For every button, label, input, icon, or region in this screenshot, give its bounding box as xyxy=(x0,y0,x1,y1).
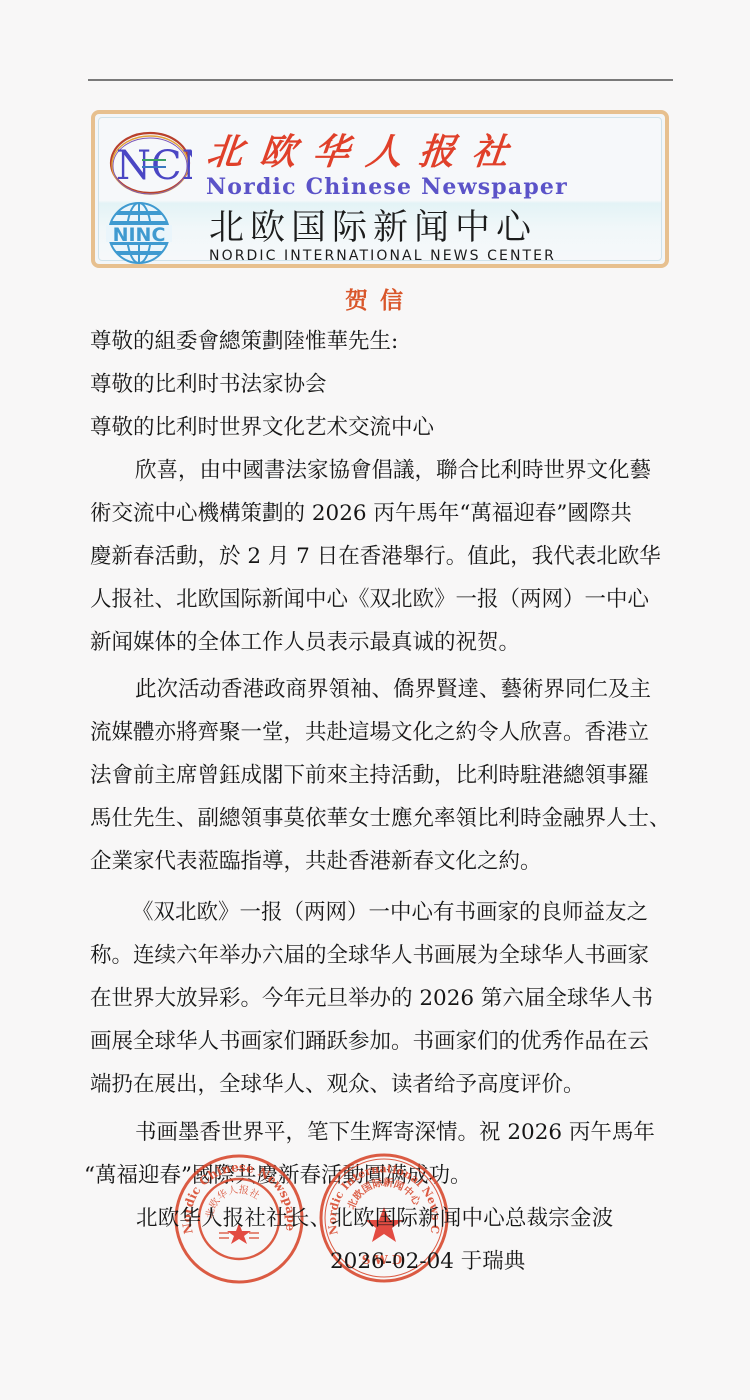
newspaper-name-cn: 北欧华人报社 xyxy=(205,132,527,172)
paragraph-4-line: “萬福迎春”國際共慶新春活動圓满成功。 xyxy=(84,1161,472,1191)
newspaper-name-en: Nordic Chinese Newspaper xyxy=(206,174,568,200)
paragraph-2-line: 馬仕先生、副總領事莫依華女士應允率領比利時金融界人士、 xyxy=(90,804,671,834)
paragraph-3-line: 称。连续六年举办六届的全球华人书画展为全球华人书画家 xyxy=(90,941,649,971)
paragraph-2-line: 此次活动香港政商界領袖、僑界賢達、藝術界同仁及主 xyxy=(135,675,651,705)
paragraph-2-line: 流媒體亦將齊聚一堂，共赴這場文化之約令人欣喜。香港立 xyxy=(90,718,649,748)
paragraph-1-line: 術交流中心機構策劃的 2026 丙午馬年“萬福迎春”國際共 xyxy=(90,499,632,529)
paragraph-4-line: 书画墨香世界平，笔下生辉寄深情。祝 2026 丙午馬年 xyxy=(135,1118,655,1148)
news-center-name-cn: 北欧国际新闻中心 xyxy=(209,208,537,248)
svg-text:NINC: NINC xyxy=(113,224,166,246)
salutation-line: 尊敬的比利时世界文化艺术交流中心 xyxy=(90,413,434,443)
paragraph-2-line: 法會前主席曾鈺成閣下前來主持活動，比利時駐港總領事羅 xyxy=(90,761,649,791)
paragraph-1-line: 人报社、北欧国际新闻中心《双北欧》一报（两网）一中心 xyxy=(90,585,649,615)
signature: 北欧华人报社社长、北欧国际新闻中心总裁宗金波 xyxy=(136,1204,613,1234)
top-divider xyxy=(88,79,673,81)
news-center-name-en: NORDIC INTERNATIONAL NEWS CENTER xyxy=(209,248,556,264)
paragraph-3-line: 端扔在展出，全球华人、观众、读者给予高度评价。 xyxy=(90,1070,585,1100)
date-and-place: 2026-02-04 于瑞典 xyxy=(330,1247,525,1277)
letter-title: 贺信 xyxy=(0,282,750,315)
ninc-globe-logo-icon: NINC xyxy=(104,201,174,265)
paragraph-3-line: 在世界大放异彩。今年元旦举办的 2026 第六届全球华人书 xyxy=(90,984,653,1014)
banner-panel: NCN 北欧华人报社 Nordic Chinese Newspaper NINC… xyxy=(98,117,662,261)
paragraph-1-line: 欣喜，由中國書法家協會倡議，聯合比利時世界文化藝 xyxy=(135,456,651,486)
paragraph-1-line: 慶新春活動，於 2 月 7 日在香港舉行。值此，我代表北欧华 xyxy=(90,542,661,572)
salutation-line: 尊敬的組委會總策劃陸惟華先生: xyxy=(90,327,398,357)
masthead-banner: NCN 北欧华人报社 Nordic Chinese Newspaper NINC… xyxy=(91,110,669,268)
paragraph-2-line: 企業家代表蒞臨指導，共赴香港新春文化之約。 xyxy=(90,847,542,877)
paragraph-3-line: 《双北欧》一报（两网）一中心有书画家的良师益友之 xyxy=(132,898,648,928)
paragraph-3-line: 画展全球华人书画家们踊跃参加。书画家们的优秀作品在云 xyxy=(90,1027,649,1057)
salutation-line: 尊敬的比利时书法家协会 xyxy=(90,370,327,400)
ncn-logo-icon: NCN xyxy=(108,128,192,198)
paragraph-1-line: 新闻媒体的全体工作人员表示最真诚的祝贺。 xyxy=(90,628,520,658)
